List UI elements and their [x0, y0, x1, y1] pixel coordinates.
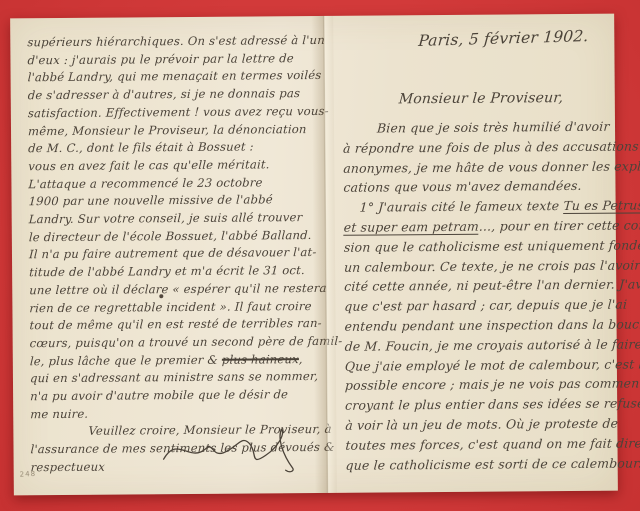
handwritten-line: que le catholicisme est sorti de ce cale…: [345, 453, 614, 475]
letter-salutation: Monsieur le Proviseur,: [398, 90, 564, 107]
struck-out-words: plus haineux: [222, 352, 300, 367]
handwritten-line: à répondre une fois de plus à des accusa…: [343, 136, 612, 158]
signature: [155, 424, 305, 477]
line-segment: le, plus lâche que le premier &: [30, 352, 223, 368]
pencil-mark: 248: [20, 470, 37, 479]
handwritten-line: de s'adresser à d'autres, si je ne donna…: [27, 85, 316, 105]
handwritten-line: anonymes, je me hâte de vous donner les …: [343, 156, 612, 178]
handwritten-line: à voir là un jeu de mots. Où je proteste…: [345, 414, 614, 436]
handwritten-line: satisfaction. Effectivement ! vous avez …: [27, 103, 316, 123]
handwritten-line-with-underline: et super eam petram..., pour en tirer ce…: [343, 216, 612, 238]
handwritten-line: titude de l'abbé Landry et m'a écrit le …: [29, 262, 318, 282]
letter-paper: supérieurs hiérarchiques. On s'est adres…: [10, 14, 618, 496]
handwritten-line: entendu pendant une inspection dans la b…: [344, 315, 613, 337]
letter-page-left: supérieurs hiérarchiques. On s'est adres…: [27, 32, 318, 477]
photograph-of-letter: { "colors": { "background_red": "#d23a3a…: [0, 0, 640, 511]
handwritten-line: 1900 par une nouvelle missive de l'abbé: [28, 191, 317, 211]
handwritten-line: Landry. Sur votre conseil, je suis allé …: [28, 209, 317, 229]
handwritten-line: vous en avez fait le cas qu'elle méritai…: [28, 156, 317, 176]
handwritten-line: sion que le catholicisme est uniquement …: [343, 235, 612, 257]
ink-blot: [159, 294, 163, 298]
handwritten-line: qui en s'adressant au ministre sans se n…: [30, 368, 319, 388]
handwritten-line: cité cette année, ni peut-être l'an dern…: [344, 275, 613, 297]
handwritten-line: Bien que je sois très humilié d'avoir: [342, 117, 611, 139]
handwritten-line: possible encore ; mais je ne vois pas co…: [344, 374, 613, 396]
line-segment: ..., pour en tirer cette conclu-: [479, 217, 640, 234]
handwritten-line: que c'est par hasard ; car, depuis que j…: [344, 295, 613, 317]
handwritten-line: une lettre où il déclare « espérer qu'il…: [29, 280, 318, 300]
letter-page-right: Bien que je sois très humilié d'avoir à …: [343, 117, 614, 475]
letter-date: Paris, 5 février 1902.: [418, 27, 590, 50]
handwritten-line: toutes mes forces, c'est quand on me fai…: [345, 433, 614, 455]
paper-fold: [311, 16, 337, 493]
handwritten-line: croyant le plus entier dans ses idées se…: [345, 394, 614, 416]
handwritten-line-with-underline: 1° J'aurais cité le fameux texte Tu es P…: [343, 196, 612, 218]
handwritten-line: un calembour. Ce texte, je ne crois pas …: [343, 255, 612, 277]
handwritten-line: cœurs, puisqu'on a trouvé un second père…: [29, 333, 318, 353]
line-segment: 1° J'aurais cité le fameux texte: [359, 198, 564, 215]
handwritten-line: supérieurs hiérarchiques. On s'est adres…: [27, 32, 316, 52]
underlined-latin-quote: et super eam petram: [343, 219, 479, 236]
line-segment: ,: [299, 352, 304, 366]
handwritten-line: de M. C., dont le fils était à Bossuet :: [28, 138, 317, 158]
handwritten-line: cations que vous m'avez demandées.: [343, 176, 612, 198]
handwritten-line: Que j'aie employé le mot de calembour, c…: [344, 354, 613, 376]
underlined-latin-quote: Tu es Petrus: [563, 198, 640, 215]
handwritten-line: de M. Foucin, je me croyais autorisé à l…: [344, 334, 613, 356]
handwritten-line: tout de même qu'il en est resté de terri…: [29, 315, 318, 335]
handwritten-line: n'a pu avoir d'autre mobile que le désir…: [30, 386, 319, 406]
